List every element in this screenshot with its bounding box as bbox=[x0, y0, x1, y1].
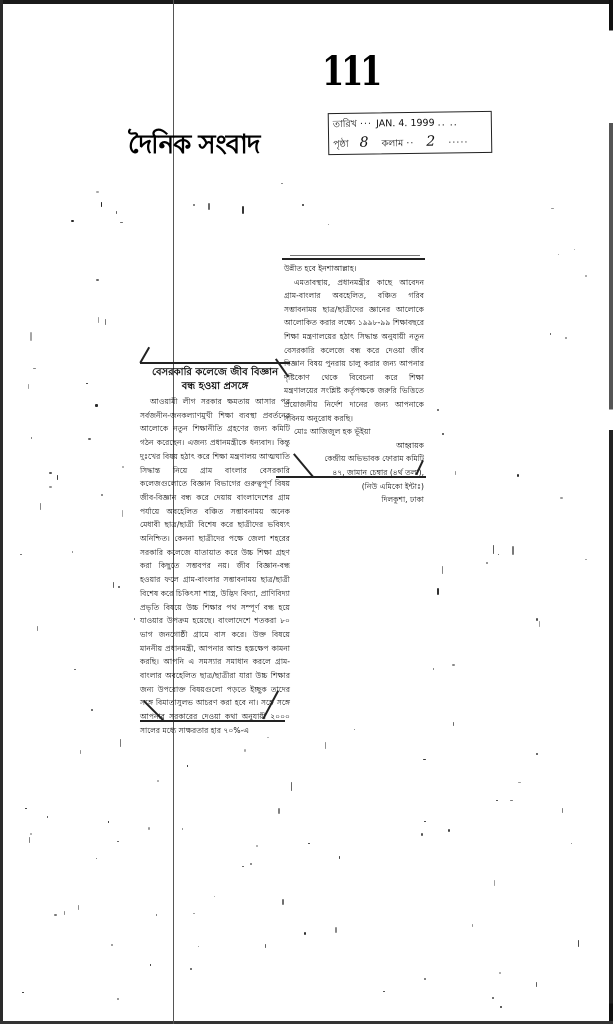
scan-speck bbox=[148, 827, 149, 829]
scan-speck bbox=[108, 821, 110, 822]
scan-speck bbox=[96, 191, 99, 193]
scan-speck bbox=[57, 475, 58, 480]
scan-speck bbox=[339, 856, 341, 858]
scan-speck bbox=[244, 749, 246, 751]
cut-mark bbox=[276, 476, 426, 478]
scan-speck bbox=[120, 739, 121, 747]
scan-speck bbox=[20, 554, 22, 555]
stamp-date-value: JAN. 4. 1999 bbox=[376, 118, 435, 130]
right-column-lead: উন্নীত হবে ইনশাআল্লাহ। bbox=[284, 262, 424, 276]
scan-speck bbox=[498, 554, 500, 555]
right-column-body: এমতাবস্থায়, প্রধানমন্ত্রীর কাছে আবেদন গ… bbox=[284, 276, 424, 426]
scan-speck bbox=[31, 437, 32, 439]
address-line: কেন্দ্রীয় অভিভাবক ফোরাম কমিটি bbox=[284, 452, 424, 466]
address-line: দিলকুশা, ঢাকা bbox=[284, 493, 424, 507]
scan-speck bbox=[551, 208, 554, 209]
scan-speck bbox=[265, 944, 266, 948]
scan-speck bbox=[492, 997, 493, 999]
scan-speck bbox=[71, 220, 73, 222]
scan-speck bbox=[486, 562, 489, 564]
scan-speck bbox=[242, 206, 243, 213]
scan-speck bbox=[291, 782, 292, 791]
scan-speck bbox=[47, 816, 48, 818]
stamp-page-value: 8 bbox=[359, 135, 368, 151]
cut-mark bbox=[139, 347, 149, 363]
scan-speck bbox=[448, 829, 450, 831]
scan-speck bbox=[437, 588, 438, 595]
left-column-body: আওয়ামী লীগ সরকার ক্ষমতায় আসার পর সর্বজ… bbox=[140, 395, 290, 738]
scan-speck bbox=[536, 982, 537, 988]
stamp-column-label: কলাম bbox=[381, 138, 403, 149]
scan-speck bbox=[122, 466, 125, 468]
scan-speck bbox=[96, 279, 99, 281]
scan-speck bbox=[500, 1006, 503, 1008]
scan-speck bbox=[433, 668, 435, 670]
scan-speck bbox=[383, 991, 385, 992]
scan-speck bbox=[242, 866, 244, 868]
scan-speck bbox=[156, 914, 157, 916]
scan-speck bbox=[562, 808, 563, 813]
scan-speck bbox=[101, 494, 104, 496]
scan-speck bbox=[122, 510, 123, 517]
scan-speck bbox=[518, 782, 521, 783]
scan-speck bbox=[105, 319, 106, 325]
scan-speck bbox=[187, 765, 188, 767]
scan-speck bbox=[49, 486, 52, 488]
scan-speck bbox=[282, 899, 283, 905]
article-left-column: বেসরকারি কলেজে জীব বিজ্ঞান বন্ধ হওয়া প্… bbox=[140, 362, 290, 738]
scan-speck bbox=[493, 545, 494, 554]
scan-speck bbox=[111, 944, 114, 946]
scan-speck bbox=[33, 368, 35, 369]
scan-speck bbox=[536, 618, 537, 620]
scan-speck bbox=[74, 669, 76, 670]
article-headline: বেসরকারি কলেজে জীব বিজ্ঞান বন্ধ হওয়া প্… bbox=[140, 362, 290, 394]
scan-speck bbox=[88, 438, 91, 440]
scan-speck bbox=[193, 913, 195, 914]
clip-rule-thin bbox=[290, 255, 420, 256]
scan-speck bbox=[250, 863, 252, 864]
scan-speck bbox=[452, 664, 455, 666]
scan-edge-left bbox=[0, 0, 3, 1024]
scan-speck bbox=[437, 409, 439, 411]
scan-speck bbox=[565, 337, 567, 339]
scan-speck bbox=[72, 551, 73, 553]
scan-speck bbox=[214, 896, 216, 897]
scan-speck bbox=[278, 808, 279, 813]
scan-speck bbox=[585, 559, 587, 561]
scan-speck bbox=[510, 800, 512, 801]
scan-speck bbox=[267, 737, 270, 738]
scan-speck bbox=[86, 383, 88, 384]
scan-speck bbox=[116, 211, 117, 214]
scan-speck bbox=[30, 833, 32, 835]
headline-line: বন্ধ হওয়া প্রসঙ্গে bbox=[140, 380, 290, 394]
scan-speck bbox=[30, 332, 31, 341]
date-stamp: তারিখ ··· JAN. 4. 1999 .. .. পৃষ্ঠা 8 কল… bbox=[328, 111, 493, 155]
scan-edge-top bbox=[0, 0, 613, 4]
scan-speck bbox=[190, 968, 191, 970]
scan-speck bbox=[308, 843, 310, 844]
scan-speck bbox=[560, 497, 563, 499]
scan-speck bbox=[455, 471, 456, 475]
letter-signature: মোঃ আজিজুল হক ভূঁইয়া bbox=[284, 425, 424, 439]
scan-speck bbox=[64, 911, 65, 914]
file-mark: 111 bbox=[322, 48, 379, 95]
scan-speck bbox=[442, 566, 443, 574]
scan-speck bbox=[49, 472, 52, 474]
scan-speck bbox=[325, 742, 326, 749]
headline-line: বেসরকারি কলেজে জীব বিজ্ঞান bbox=[140, 366, 290, 380]
scan-speck bbox=[536, 753, 538, 755]
scan-speck bbox=[424, 978, 426, 980]
stamp-page-row: পৃষ্ঠা 8 কলাম ·· 2 ····· bbox=[333, 133, 469, 153]
scan-speck bbox=[118, 586, 120, 588]
address-line: আহ্বায়ক bbox=[284, 439, 424, 453]
scan-speck bbox=[96, 858, 97, 859]
scan-speck bbox=[574, 249, 575, 251]
scan-speck bbox=[496, 800, 498, 801]
scan-speck bbox=[29, 837, 30, 843]
scan-speck bbox=[424, 821, 426, 822]
scan-speck bbox=[442, 433, 444, 435]
scan-speck bbox=[91, 709, 92, 711]
scan-speck bbox=[558, 254, 559, 255]
scan-speck bbox=[512, 546, 513, 554]
scan-speck bbox=[335, 927, 336, 932]
letter-address: আহ্বায়ক কেন্দ্রীয় অভিভাবক ফোরাম কমিটি … bbox=[284, 439, 424, 507]
scan-speck bbox=[494, 880, 495, 886]
scan-speck bbox=[98, 317, 99, 324]
scan-speck bbox=[95, 404, 98, 406]
scan-speck bbox=[578, 940, 579, 947]
scan-speck bbox=[113, 582, 114, 587]
stamp-page-label: পৃষ্ঠা bbox=[333, 139, 349, 150]
scan-speck bbox=[25, 808, 27, 810]
scan-speck bbox=[453, 722, 454, 726]
scan-speck bbox=[302, 204, 304, 206]
scan-speck bbox=[117, 998, 118, 1000]
scan-speck bbox=[281, 183, 282, 184]
scan-speck bbox=[134, 618, 135, 620]
scan-speck bbox=[550, 333, 551, 335]
scan-speck bbox=[150, 964, 152, 966]
scan-speck bbox=[571, 843, 572, 844]
scan-speck bbox=[198, 946, 199, 947]
clip-rule bbox=[282, 258, 425, 260]
scan-speck bbox=[54, 914, 56, 916]
scan-speck bbox=[499, 972, 501, 974]
scan-edge-right bbox=[609, 0, 613, 1024]
scan-speck bbox=[585, 275, 587, 277]
scanned-page: 111 দৈনিক সংবাদ তারিখ ··· JAN. 4. 1999 .… bbox=[0, 0, 613, 1024]
address-line: (নিউ এমিকো ইন্টাঃ) bbox=[284, 480, 424, 494]
stamp-column-value: 2 bbox=[426, 134, 435, 150]
scan-speck bbox=[117, 841, 119, 843]
stamp-date-label: তারিখ bbox=[333, 119, 357, 130]
scan-speck bbox=[37, 626, 38, 631]
newspaper-masthead: দৈনিক সংবাদ bbox=[128, 124, 259, 168]
scan-speck bbox=[304, 932, 306, 934]
stamp-date-row: তারিখ ··· JAN. 4. 1999 .. .. bbox=[333, 116, 458, 133]
scan-speck bbox=[120, 222, 123, 223]
scan-speck bbox=[423, 759, 426, 760]
scan-speck bbox=[354, 729, 355, 730]
scan-speck bbox=[328, 224, 329, 226]
scan-speck bbox=[256, 845, 259, 847]
scan-speck bbox=[80, 750, 81, 753]
scan-speck bbox=[28, 384, 29, 389]
article-right-column: উন্নীত হবে ইনশাআল্লাহ। এমতাবস্থায়, প্রধ… bbox=[284, 262, 424, 507]
scan-speck bbox=[193, 204, 195, 206]
scan-speck bbox=[472, 924, 473, 927]
scan-speck bbox=[421, 833, 423, 835]
scan-speck bbox=[101, 202, 102, 207]
scan-speck bbox=[157, 780, 159, 782]
scan-speck bbox=[208, 203, 209, 210]
scan-speck bbox=[40, 503, 41, 510]
scan-speck bbox=[539, 621, 540, 627]
scan-speck bbox=[78, 905, 79, 910]
scan-speck bbox=[22, 992, 23, 993]
scan-speck bbox=[182, 828, 183, 830]
scan-speck bbox=[517, 474, 519, 476]
